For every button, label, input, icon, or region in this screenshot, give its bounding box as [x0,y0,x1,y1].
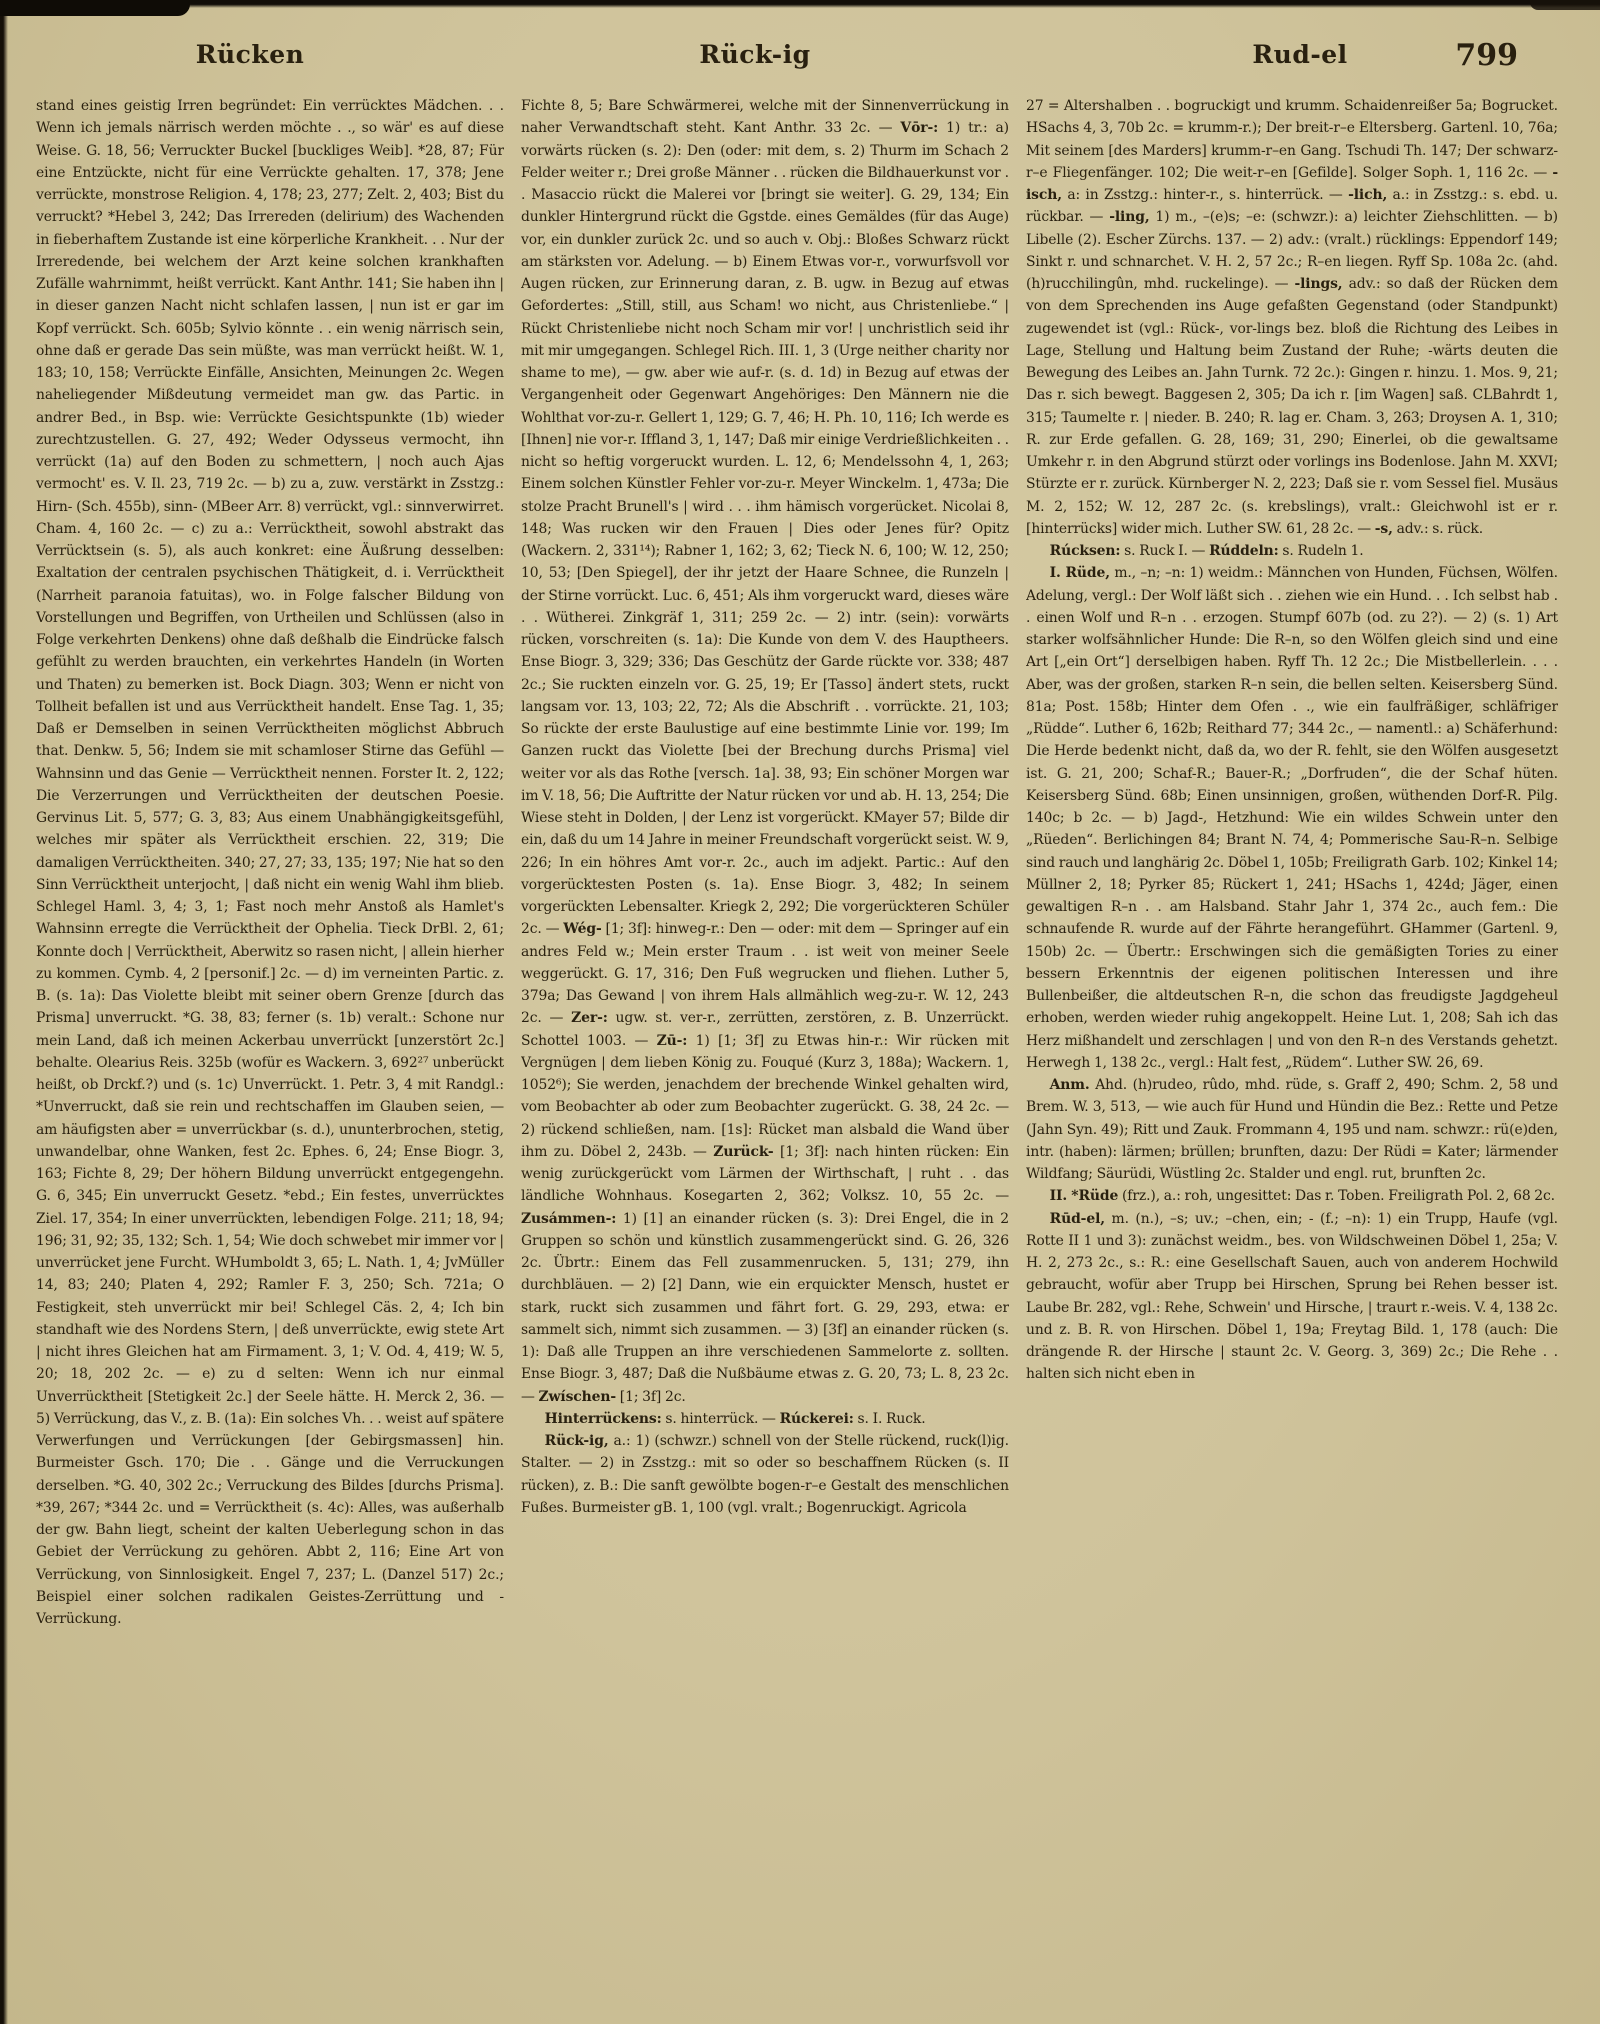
scan-corner-shadow-right [1530,0,1600,10]
page-number: 799 [1408,38,1518,73]
scan-corner-shadow [0,0,190,16]
paragraph: Rúcksen: s. Ruck I. — Rúddeln: s. Rudeln… [1026,540,1558,562]
paragraph: 27 = Altershalben . . bogruckigt und kru… [1026,95,1558,540]
paragraph: II. *Rüde (frz.), a.: roh, ungesittet: D… [1026,1185,1558,1207]
scan-edge-left [0,0,8,2024]
paragraph: Anm. Ahd. (h)rudeo, rûdo, mhd. rüde, s. … [1026,1074,1558,1185]
text-columns: stand eines geistig Irren begründet: Ein… [36,95,1558,1977]
text-column-2: Fichte 8, 5; Bare Schwärmerei, welche mi… [521,95,1009,1977]
paragraph: Hinterrückens: s. hinterrück. — Rúckerei… [521,1408,1009,1430]
paragraph: Rück-ig, a.: 1) (schwzr.) schnell von de… [521,1430,1009,1519]
running-head-left: Rücken [150,40,350,69]
text-column-1: stand eines geistig Irren begründet: Ein… [36,95,504,1977]
dictionary-page: Rücken Rück-ig Rud-el 799 stand eines ge… [0,0,1600,2024]
paragraph: Fichte 8, 5; Bare Schwärmerei, welche mi… [521,95,1009,1408]
paragraph: Rūd-el, m. (n.), –s; uv.; –chen, ein; - … [1026,1208,1558,1386]
text-column-3: 27 = Altershalben . . bogruckigt und kru… [1026,95,1558,1977]
running-head-right: Rud-el [1200,40,1400,69]
paragraph: stand eines geistig Irren begründet: Ein… [36,95,504,1630]
running-head-center: Rück-ig [655,40,855,69]
scan-edge-top [0,0,1600,8]
running-heads: Rücken Rück-ig Rud-el [0,40,1600,80]
paragraph: I. Rüde, m., –n; –n: 1) weidm.: Männchen… [1026,562,1558,1074]
